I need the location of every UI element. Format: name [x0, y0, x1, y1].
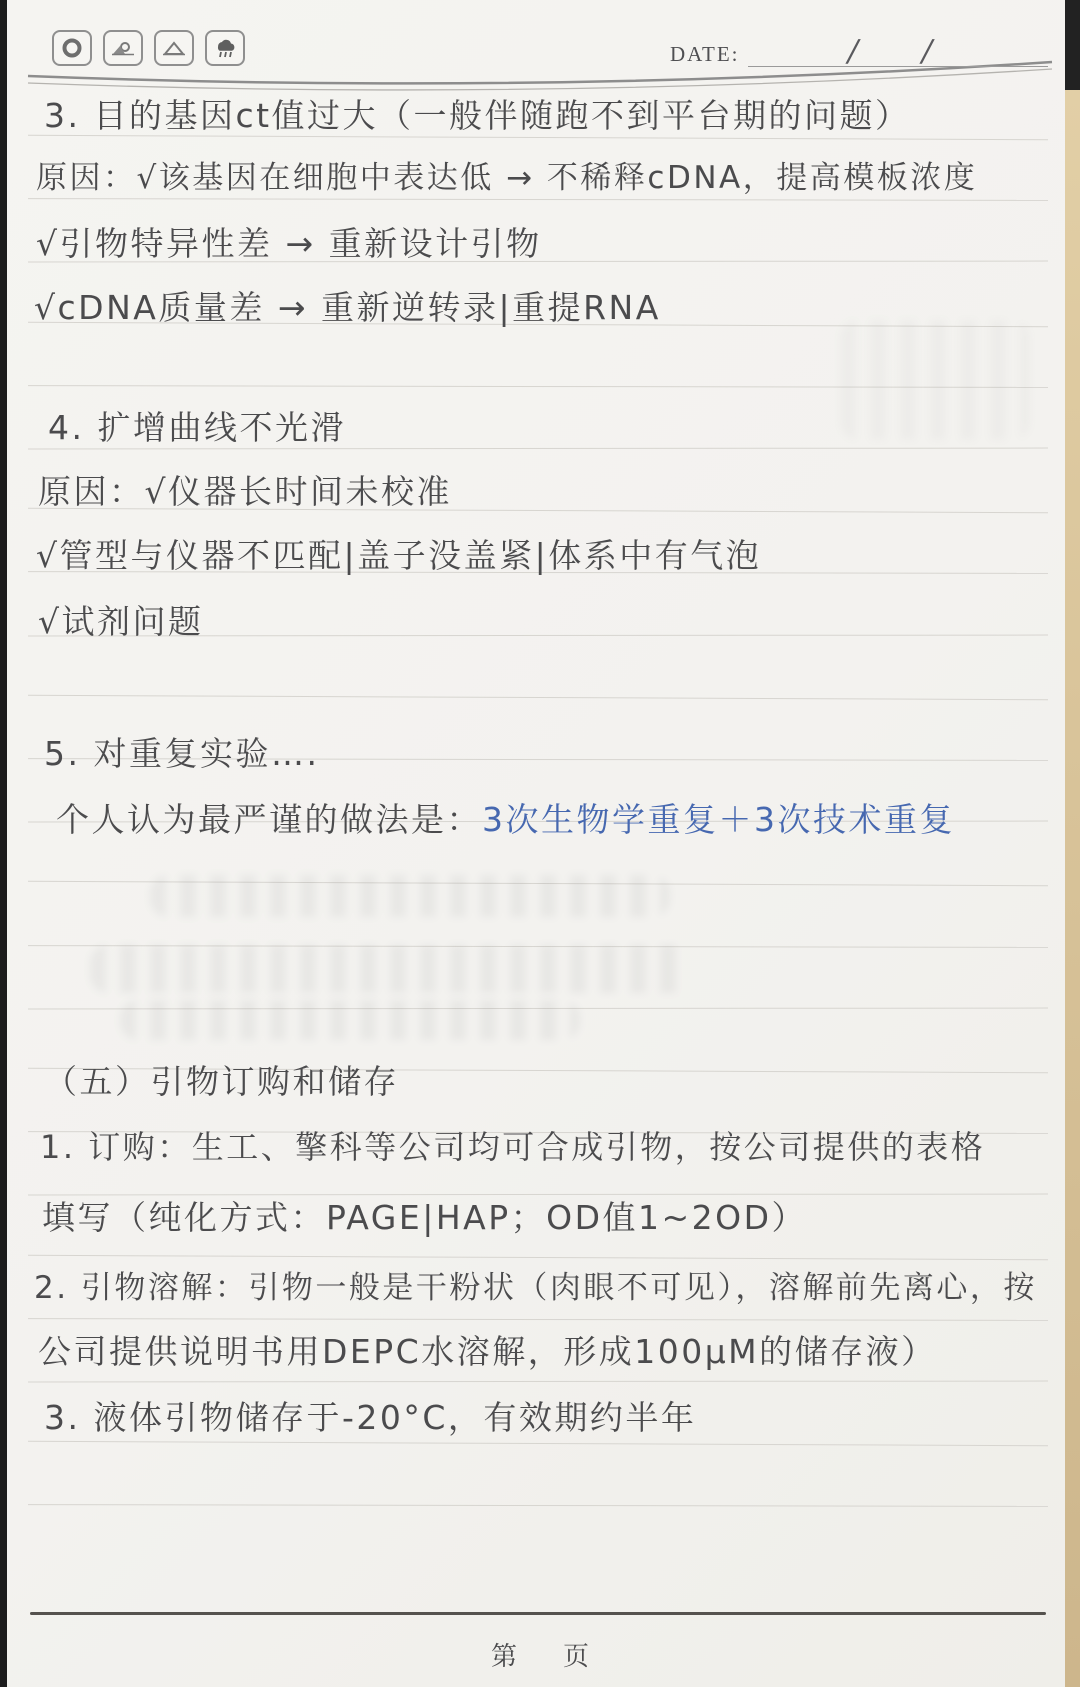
- note-line-ordering: 1. 订购：生工、擎科等公司均可合成引物，按公司提供的表格: [40, 1122, 985, 1168]
- note-line-rigorous-approach: 个人认为最严谨的做法是：3次生物学重复＋3次技术重复: [56, 794, 955, 841]
- note-line-primer-specificity: √引物特异性差 → 重新设计引物: [36, 218, 542, 265]
- footer-rule: [30, 1612, 1046, 1615]
- note-line-depc-water: 公司提供说明书用DEPC水溶解，形成100μM的储存液）: [38, 1326, 937, 1373]
- bleed-through-ghost: [120, 1000, 580, 1040]
- note-line-dissolving: 2. 引物溶解：引物一般是干粉状（肉眼不可见），溶解前先离心，按: [34, 1262, 1037, 1307]
- bleed-through-ghost: [840, 320, 1030, 440]
- note-line-instrument-calibration: 原因：√仪器长时间未校准: [38, 466, 452, 513]
- note-line-low-expression: 原因：√该基因在细胞中表达低 → 不稀释cDNA，提高模板浓度: [36, 152, 977, 197]
- ruled-line: [28, 1441, 1048, 1446]
- rigorous-approach-black: 个人认为最严谨的做法是：: [56, 800, 482, 839]
- date-label: DATE:: [670, 42, 740, 66]
- note-line-curve-not-smooth: 4. 扩增曲线不光滑: [48, 402, 346, 449]
- ruled-line: [28, 1254, 1048, 1259]
- ruled-line: [28, 198, 1048, 201]
- ruled-line: [28, 695, 1048, 700]
- note-line-tube-mismatch: √管型与仪器不匹配|盖子没盖紧|体系中有气泡: [36, 530, 761, 577]
- note-line-cdna-quality: √cDNA质量差 → 重新逆转录|重提RNA: [34, 282, 661, 329]
- notebook-page: DATE: / / 3. 目的基因ct值过大（一般伴随跑不到平台期的问题） 原因…: [0, 0, 1080, 1687]
- page-number-footer: 第页: [0, 1636, 1080, 1673]
- bleed-through-ghost: [90, 945, 690, 993]
- rigorous-approach-blue: 3次生物学重复＋3次技术重复: [482, 800, 955, 839]
- note-line-ct-value-problem: 3. 目的基因ct值过大（一般伴随跑不到平台期的问题）: [44, 90, 911, 137]
- date-underline: [748, 66, 1048, 67]
- ruled-line: [28, 1318, 1048, 1321]
- note-line-about-replicates: 5. 对重复实验….: [44, 728, 319, 775]
- page-number-prefix: 第: [491, 1642, 563, 1672]
- note-line-reagent-problem: √试剂问题: [38, 596, 204, 643]
- note-line-storage-temperature: 3. 液体引物储存于-20°C，有效期约半年: [44, 1392, 696, 1439]
- note-heading-primer-order-storage: （五）引物订购和储存: [44, 1056, 399, 1103]
- ruled-line: [28, 1381, 1048, 1383]
- note-line-purification: 填写（纯化方式：PAGE|HAP；OD值1~2OD）: [42, 1192, 807, 1239]
- ruled-line: [28, 1505, 1048, 1508]
- page-number-suffix: 页: [563, 1642, 635, 1672]
- bleed-through-ghost: [150, 875, 670, 917]
- date-row: DATE: / /: [670, 42, 1050, 67]
